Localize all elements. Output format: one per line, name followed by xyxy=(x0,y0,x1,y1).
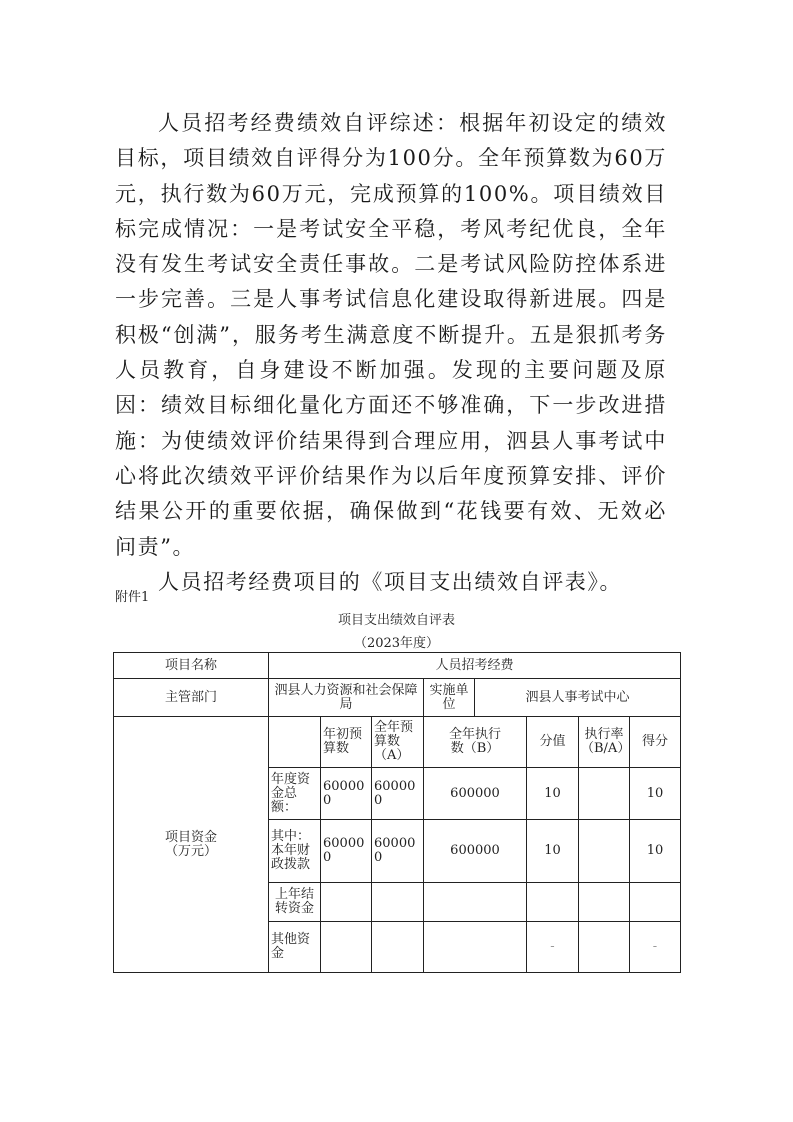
initial-budget: 600000 xyxy=(321,820,372,883)
exec-rate xyxy=(579,768,630,820)
table-header-row: 项目资金（万元） 年初预算数 全年预算数（A） 全年执行数（B） 分值 执行率（… xyxy=(114,717,681,768)
score: 10 xyxy=(630,768,681,820)
annual-budget: 600000 xyxy=(372,768,424,820)
header-blank xyxy=(269,717,321,768)
header-exec-rate: 执行率（B/A） xyxy=(579,717,630,768)
row-label: 上年结转资金 xyxy=(269,883,321,922)
executed xyxy=(424,922,527,973)
header-score-value: 分值 xyxy=(527,717,579,768)
exec-rate xyxy=(579,883,630,922)
header-initial-budget: 年初预算数 xyxy=(321,717,372,768)
score-value: - xyxy=(527,922,579,973)
initial-budget xyxy=(321,883,372,922)
executed: 600000 xyxy=(424,820,527,883)
header-annual-budget: 全年预算数（A） xyxy=(372,717,424,768)
table-year: （2023年度） xyxy=(0,632,793,651)
row-label: 年度资金总额： xyxy=(269,768,321,820)
score-value: 10 xyxy=(527,768,579,820)
dept-value: 泗县人力资源和社会保障局 xyxy=(269,679,424,717)
initial-budget: 600000 xyxy=(321,768,372,820)
row-label: 其他资金 xyxy=(269,922,321,973)
dept-label: 主管部门 xyxy=(114,679,269,717)
exec-rate xyxy=(579,820,630,883)
summary-paragraph: 人员招考经费绩效自评综述：根据年初设定的绩效目标，项目绩效自评得分为100分。全… xyxy=(115,106,667,565)
funds-label: 项目资金（万元） xyxy=(114,717,269,973)
performance-table: 项目名称 人员招考经费 主管部门 泗县人力资源和社会保障局 实施单位 泗县人事考… xyxy=(113,652,681,973)
table-row: 主管部门 泗县人力资源和社会保障局 实施单位 泗县人事考试中心 xyxy=(114,679,681,717)
project-name-label: 项目名称 xyxy=(114,653,269,679)
annual-budget xyxy=(372,922,424,973)
table-title: 项目支出绩效自评表 xyxy=(0,609,793,628)
annual-budget xyxy=(372,883,424,922)
header-score: 得分 xyxy=(630,717,681,768)
table-row: 项目名称 人员招考经费 xyxy=(114,653,681,679)
attachment-label: 附件1 xyxy=(115,586,149,605)
row-label: 其中：本年财政拨款 xyxy=(269,820,321,883)
exec-rate xyxy=(579,922,630,973)
score xyxy=(630,883,681,922)
score-value: 10 xyxy=(527,820,579,883)
score-value xyxy=(527,883,579,922)
initial-budget xyxy=(321,922,372,973)
score: - xyxy=(630,922,681,973)
executed xyxy=(424,883,527,922)
score: 10 xyxy=(630,820,681,883)
header-executed: 全年执行数（B） xyxy=(424,717,527,768)
executed: 600000 xyxy=(424,768,527,820)
annual-budget: 600000 xyxy=(372,820,424,883)
impl-unit-label: 实施单位 xyxy=(424,679,475,717)
impl-unit-value: 泗县人事考试中心 xyxy=(475,679,681,717)
project-name-value: 人员招考经费 xyxy=(269,653,681,679)
reference-paragraph: 人员招考经费项目的《项目支出绩效自评表》。 xyxy=(115,565,667,600)
evaluation-summary: 人员招考经费绩效自评综述：根据年初设定的绩效目标，项目绩效自评得分为100分。全… xyxy=(115,106,667,600)
